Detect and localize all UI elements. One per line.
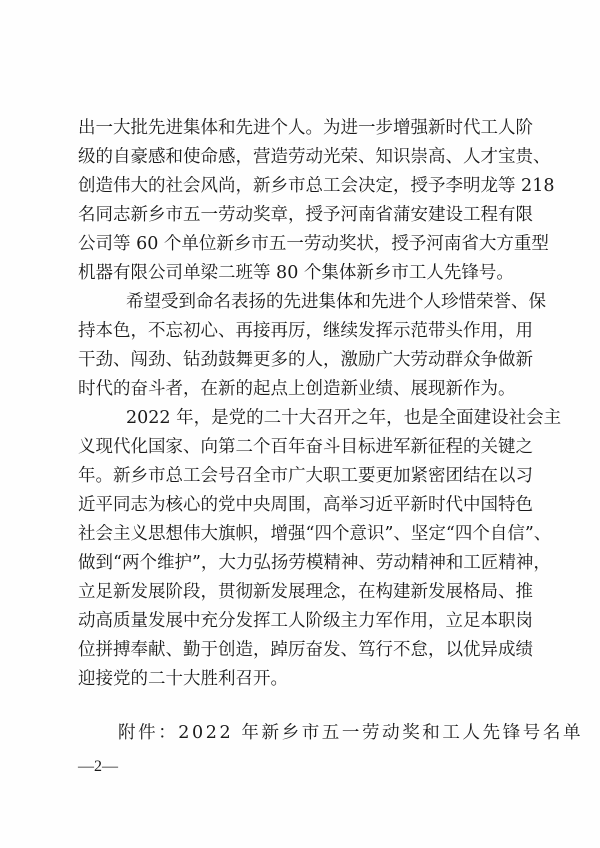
- text-line: 做到“两个维护”，大力弘扬劳模精神、劳动精神和工匠精神，: [78, 549, 522, 578]
- text-line: 出一大批先进集体和先进个人。为进一步增强新时代工人阶: [78, 114, 522, 143]
- text-line: 社会主义思想伟大旗帜，增强“四个意识”、坚定“四个自信”、: [78, 520, 522, 549]
- paragraph-award-announcement: 出一大批先进集体和先进个人。为进一步增强新时代工人阶 级的自豪感和使命感，营造劳…: [78, 114, 522, 288]
- text-line: 立足新发展阶段，贯彻新发展理念，在构建新发展格局、推: [78, 578, 522, 607]
- text-line: 2022 年，是党的二十大召开之年，也是全面建设社会主: [78, 404, 522, 433]
- text-line: 动高质量发展中充分发挥工人阶级主力军作用，立足本职岗: [78, 607, 522, 636]
- text-line: 义现代化国家、向第二个百年奋斗目标进军新征程的关键之: [78, 433, 522, 462]
- text-line: 时代的奋斗者，在新的起点上创造新业绩、展现新作为。: [78, 375, 522, 404]
- document-body: 出一大批先进集体和先进个人。为进一步增强新时代工人阶 级的自豪感和使命感，营造劳…: [78, 114, 522, 694]
- text-line: 名同志新乡市五一劳动奖章，授予河南省蒲安建设工程有限: [78, 201, 522, 230]
- text-line: 机器有限公司单梁二班等 80 个集体新乡市工人先锋号。: [78, 259, 522, 288]
- page-number: —2—: [78, 757, 118, 777]
- text-line: 公司等 60 个单位新乡市五一劳动奖状，授予河南省大方重型: [78, 230, 522, 259]
- text-line: 级的自豪感和使命感，营造劳动光荣、知识崇高、人才宝贵、: [78, 143, 522, 172]
- text-line: 干劲、闯劲、钻劲鼓舞更多的人，激励广大劳动群众争做新: [78, 346, 522, 375]
- document-page: 出一大批先进集体和先进个人。为进一步增强新时代工人阶 级的自豪感和使命感，营造劳…: [0, 0, 600, 848]
- paragraph-call-to-action: 2022 年，是党的二十大召开之年，也是全面建设社会主 义现代化国家、向第二个百…: [78, 404, 522, 694]
- attachment-note: 附件：2022 年新乡市五一劳动奖和工人先锋号名单: [118, 721, 583, 745]
- text-line: 近平同志为核心的党中央周围，高举习近平新时代中国特色: [78, 491, 522, 520]
- text-line: 希望受到命名表扬的先进集体和先进个人珍惜荣誉、保: [78, 288, 522, 317]
- text-line: 迎接党的二十大胜利召开。: [78, 665, 522, 694]
- text-line: 创造伟大的社会风尚，新乡市总工会决定，授予李明龙等 218: [78, 172, 522, 201]
- text-line: 年。新乡市总工会号召全市广大职工要更加紧密团结在以习: [78, 462, 522, 491]
- paragraph-hope-for-awardees: 希望受到命名表扬的先进集体和先进个人珍惜荣誉、保 持本色，不忘初心、再接再厉，继…: [78, 288, 522, 404]
- text-line: 位拼搏奉献、勤于创造，踔厉奋发、笃行不怠，以优异成绩: [78, 636, 522, 665]
- text-line: 持本色，不忘初心、再接再厉，继续发挥示范带头作用，用: [78, 317, 522, 346]
